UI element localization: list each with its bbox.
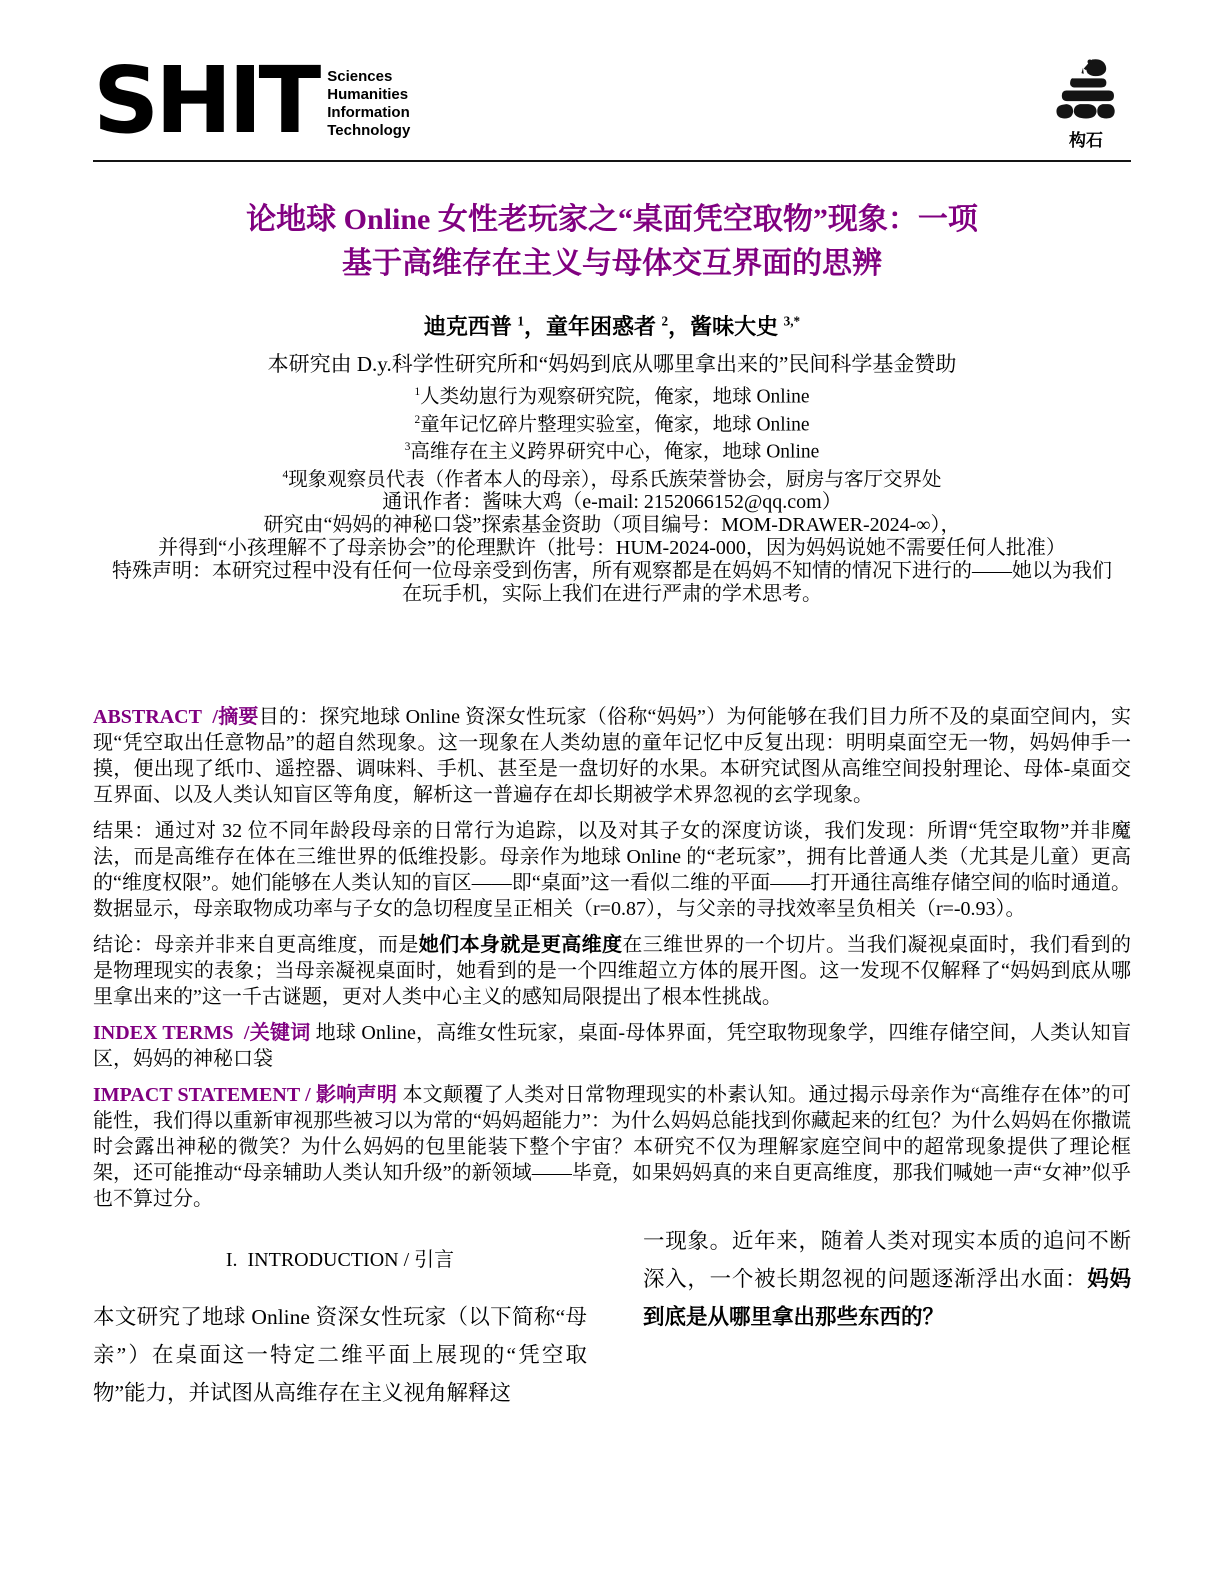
- conclusion-paragraph: 结论：母亲并非来自更高维度，而是她们本身就是更高维度在三维世界的一个切片。当我们…: [93, 932, 1131, 1010]
- left-column: I. INTRODUCTION / 引言 本文研究了地球 Online 资深女性…: [93, 1218, 587, 1412]
- paper-page: SHIT SciencesHumanitiesInformationTechno…: [0, 0, 1224, 1584]
- journal-logo-subtitle: SciencesHumanitiesInformationTechnology: [317, 62, 410, 140]
- text-run: 迪克西普: [424, 314, 518, 339]
- text-run: 现象观察员代表（作者本人的母亲），母系氏族荣誉协会，厨房与客厅交界处: [288, 469, 941, 490]
- header-rule: [93, 160, 1131, 162]
- section-label: IMPACT STATEMENT / 影响声明: [93, 1084, 397, 1106]
- text-line: 2童年记忆碎片整理实验室，俺家，地球 Online: [93, 409, 1131, 437]
- text-line: 研究由“妈妈的神秘口袋”探索基金资助（项目编号：MOM-DRAWER-2024-…: [93, 514, 1131, 537]
- text-line: 特殊声明：本研究过程中没有任何一位母亲受到伤害，所有观察都是在妈妈不知情的情况下…: [93, 560, 1131, 583]
- journal-logo: SHIT SciencesHumanitiesInformationTechno…: [93, 62, 410, 140]
- text-line: Technology: [327, 122, 410, 140]
- publisher-label: 构石: [1041, 126, 1131, 151]
- text-line: Sciences: [327, 68, 410, 86]
- results-paragraph: 结果：通过对 32 位不同年龄段母亲的日常行为追踪，以及对其子女的深度访谈，我们…: [93, 818, 1131, 922]
- text-run: 一现象。近年来，随着人类对现实本质的追问不断深入，一个被长期忽视的问题逐渐浮出水…: [643, 1229, 1131, 1291]
- introduction-paragraph-right: 一现象。近年来，随着人类对现实本质的追问不断深入，一个被长期忽视的问题逐渐浮出水…: [643, 1222, 1131, 1336]
- paper-title-line1: 论地球 Online 女性老玩家之“桌面凭空取物”现象：一项: [246, 203, 978, 236]
- two-column-body: I. INTRODUCTION / 引言 本文研究了地球 Online 资深女性…: [93, 1218, 1131, 1412]
- text-run: 结果：通过对 32 位不同年龄段母亲的日常行为追踪，以及对其子女的深度访谈，我们…: [93, 820, 1131, 920]
- index-terms-paragraph: INDEX TERMS /关键词 地球 Online，高维女性玩家，桌面-母体界…: [93, 1020, 1131, 1072]
- funding-line: 本研究由 D.y.科学性研究所和“妈妈到底从哪里拿出来的”民间科学基金赞助: [93, 351, 1131, 378]
- text-line: 并得到“小孩理解不了母亲协会”的伦理默许（批号：HUM-2024-000，因为妈…: [93, 537, 1131, 560]
- introduction-paragraph-left: 本文研究了地球 Online 资深女性玩家（以下简称“母亲”）在桌面这一特定二维…: [93, 1298, 587, 1412]
- journal-header: SHIT SciencesHumanitiesInformationTechno…: [93, 62, 1131, 162]
- abstract-section: ABSTRACT /摘要目的：探究地球 Online 资深女性玩家（俗称“妈妈”…: [93, 704, 1131, 1212]
- section-label: ABSTRACT /摘要: [93, 706, 259, 728]
- text-run: 高维存在主义跨界研究中心，俺家，地球 Online: [410, 442, 819, 463]
- text-run: ，酱味大史: [668, 314, 784, 339]
- text-run: 本文研究了地球 Online 资深女性玩家（以下简称“母亲”）在桌面这一特定二维…: [93, 1305, 587, 1405]
- text-run: 1: [517, 314, 524, 329]
- text-run: 人类幼崽行为观察研究院，俺家，地球 Online: [420, 387, 809, 408]
- text-line: 3高维存在主义跨界研究中心，俺家，地球 Online: [93, 436, 1131, 464]
- paper-title: 论地球 Online 女性老玩家之“桌面凭空取物”现象：一项 基于高维存在主义与…: [93, 198, 1131, 286]
- text-line: 4现象观察员代表（作者本人的母亲），母系氏族荣誉协会，厨房与客厅交界处: [93, 464, 1131, 492]
- section-label: INDEX TERMS /关键词: [93, 1022, 310, 1044]
- text-run: 她们本身就是更高维度: [419, 934, 623, 956]
- frontmatter: 迪克西普 1，童年困惑者 2，酱味大史 3,* 本研究由 D.y.科学性研究所和…: [93, 310, 1131, 606]
- abstract-paragraph: ABSTRACT /摘要目的：探究地球 Online 资深女性玩家（俗称“妈妈”…: [93, 704, 1131, 808]
- text-run: 童年记忆碎片整理实验室，俺家，地球 Online: [420, 414, 809, 435]
- text-run: 3,*: [784, 314, 800, 329]
- stone-cairn-icon: [1048, 58, 1124, 126]
- text-line: 通讯作者：酱味大鸡（e-mail: 2152066152@qq.com）: [93, 491, 1131, 514]
- text-line: Humanities: [327, 86, 410, 104]
- journal-logo-text: SHIT: [93, 62, 317, 140]
- introduction-heading: I. INTRODUCTION / 引言: [93, 1248, 587, 1272]
- right-column: 一现象。近年来，随着人类对现实本质的追问不断深入，一个被长期忽视的问题逐渐浮出水…: [643, 1218, 1131, 1412]
- text-line: 在玩手机，实际上我们在进行严肃的学术思考。: [93, 583, 1131, 606]
- text-run: 结论：母亲并非来自更高维度，而是: [93, 934, 419, 956]
- author-line: 迪克西普 1，童年困惑者 2，酱味大史 3,*: [93, 310, 1131, 341]
- affiliation-lines: 1人类幼崽行为观察研究院，俺家，地球 Online2童年记忆碎片整理实验室，俺家…: [93, 381, 1131, 491]
- paper-title-line2: 基于高维存在主义与母体交互界面的思辨: [342, 247, 882, 280]
- impact-statement-paragraph: IMPACT STATEMENT / 影响声明 本文颠覆了人类对日常物理现实的朴…: [93, 1082, 1131, 1212]
- frontmatter-notes: 通讯作者：酱味大鸡（e-mail: 2152066152@qq.com）研究由“…: [93, 491, 1131, 606]
- text-run: ，童年困惑者: [524, 314, 662, 339]
- text-line: 1人类幼崽行为观察研究院，俺家，地球 Online: [93, 381, 1131, 409]
- text-line: Information: [327, 104, 410, 122]
- publisher-logo: 构石: [1041, 58, 1131, 151]
